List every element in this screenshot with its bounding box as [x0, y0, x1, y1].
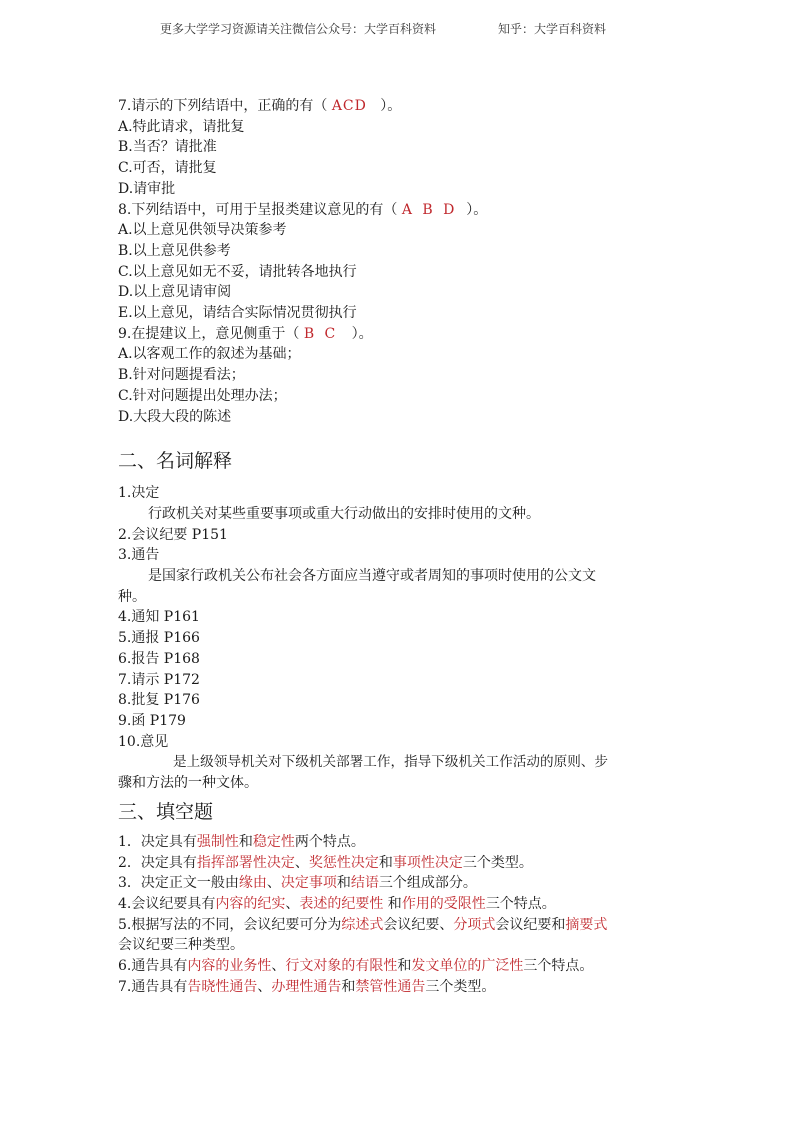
text: 2．决定具有 — [118, 855, 197, 871]
blank-answer: 稳定性 — [253, 834, 295, 850]
section-title-fill-blank: 三、填空题 — [118, 798, 678, 826]
term: 10.意见 — [118, 732, 678, 753]
text: 和 — [239, 834, 253, 850]
option: D.以上意见请审阅 — [118, 282, 678, 303]
blank-answer: 行文对象的有限性 — [285, 958, 397, 974]
option: B.针对问题提看法； — [118, 365, 678, 386]
text: 、 — [295, 855, 309, 871]
text: 5.根据写法的不同，会议纪要可分为 — [118, 917, 341, 933]
blank-answer: 强制性 — [197, 834, 239, 850]
option: A.以上意见供领导决策参考 — [118, 220, 678, 241]
blank-answer: 事项性决定 — [393, 855, 463, 871]
option: A.特此请求，请批复 — [118, 117, 678, 138]
fill-item-3: 3．决定正文一般由缘由、决定事项和结语三个组成部分。 — [118, 873, 678, 894]
option: B.当否？请批准 — [118, 137, 678, 158]
blank-answer: 发文单位的广泛性 — [411, 958, 523, 974]
answer: ACD — [332, 98, 367, 114]
blank-answer: 奖惩性决定 — [309, 855, 379, 871]
term-definition-cont: 种。 — [118, 587, 678, 608]
blank-answer: 内容的业务性 — [187, 958, 271, 974]
option: C.针对问题提出处理办法； — [118, 386, 678, 407]
text: 7.通告具有 — [118, 979, 187, 995]
term-definition: 是上级领导机关对下级机关部署工作，指导下级机关工作活动的原则、步 — [118, 752, 678, 773]
text: 三个特点。 — [486, 896, 556, 912]
fill-item-1: 1．决定具有强制性和稳定性两个特点。 — [118, 832, 678, 853]
term: 8.批复 P176 — [118, 690, 678, 711]
answer: A B D — [402, 202, 458, 218]
question-text: 9.在提建议上，意见侧重于（ — [118, 326, 304, 342]
blank-answer: 摘要式 — [565, 917, 607, 933]
text: 、 — [285, 896, 299, 912]
blank-answer: 综述式 — [341, 917, 383, 933]
question-suffix: ）。 — [457, 202, 487, 218]
fill-item-5: 5.根据写法的不同，会议纪要可分为综述式会议纪要、分项式会议纪要和摘要式 — [118, 915, 678, 936]
text: 和 — [383, 896, 401, 912]
blank-answer: 分项式 — [453, 917, 495, 933]
question-text: 7.请示的下列结语中，正确的有（ — [118, 98, 332, 114]
option: E.以上意见，请结合实际情况贯彻执行 — [118, 303, 678, 324]
term: 6.报告 P168 — [118, 649, 678, 670]
text: 1．决定具有 — [118, 834, 197, 850]
term: 4.通知 P161 — [118, 607, 678, 628]
blank-answer: 指挥部署性决定 — [197, 855, 295, 871]
fill-item-5-cont: 会议纪要三种类型。 — [118, 935, 678, 956]
blank-answer: 办理性通告 — [271, 979, 341, 995]
text: 两个特点。 — [295, 834, 365, 850]
header-zhihu-text: 知乎：大学百科资料 — [498, 20, 606, 37]
term-definition: 行政机关对某些重要事项或重大行动做出的安排时使用的文种。 — [118, 504, 678, 525]
text: 4.会议纪要具有 — [118, 896, 215, 912]
text: 会议纪要和 — [495, 917, 565, 933]
header-wechat-text: 更多大学学习资源请关注微信公众号：大学百科资料 — [160, 20, 436, 37]
term-definition: 是国家行政机关公布社会各方面应当遵守或者周知的事项时使用的公文文 — [118, 566, 678, 587]
blank-answer: 决定事项 — [281, 875, 337, 891]
section-title-terms: 二、名词解释 — [118, 447, 678, 475]
text: 和 — [379, 855, 393, 871]
text: 3．决定正文一般由 — [118, 875, 239, 891]
question-suffix: ）。 — [338, 326, 372, 342]
question-7: 7.请示的下列结语中，正确的有（ ACD ）。 — [118, 96, 678, 117]
blank-answer: 缘由 — [239, 875, 267, 891]
answer: B C — [304, 326, 338, 342]
blank-answer: 结语 — [351, 875, 379, 891]
text: 三个类型。 — [463, 855, 533, 871]
question-suffix: ）。 — [367, 98, 401, 114]
text: 和 — [337, 875, 351, 891]
blank-answer: 作用的受限性 — [402, 896, 486, 912]
document-body: 7.请示的下列结语中，正确的有（ ACD ）。 A.特此请求，请批复 B.当否？… — [118, 96, 678, 997]
blank-answer: 告晓性通告 — [187, 979, 257, 995]
fill-item-2: 2．决定具有指挥部署性决定、奖惩性决定和事项性决定三个类型。 — [118, 853, 678, 874]
text: 、 — [271, 958, 285, 974]
term-definition-cont: 骤和方法的一种文体。 — [118, 773, 678, 794]
text: 、 — [257, 979, 271, 995]
term: 5.通报 P166 — [118, 628, 678, 649]
text: 和 — [397, 958, 411, 974]
blank-answer: 内容的纪实 — [215, 896, 285, 912]
blank-answer: 表述的纪要性 — [299, 896, 383, 912]
option: A.以客观工作的叙述为基础； — [118, 344, 678, 365]
question-text: 8.下列结语中，可用于呈报类建议意见的有（ — [118, 202, 402, 218]
fill-item-6: 6.通告具有内容的业务性、行文对象的有限性和发文单位的广泛性三个特点。 — [118, 956, 678, 977]
text: 会议纪要、 — [383, 917, 453, 933]
text: 和 — [341, 979, 355, 995]
term: 9.函 P179 — [118, 711, 678, 732]
option: D.大段大段的陈述 — [118, 407, 678, 428]
option: C.可否，请批复 — [118, 158, 678, 179]
term: 1.决定 — [118, 483, 678, 504]
text: 6.通告具有 — [118, 958, 187, 974]
option: D.请审批 — [118, 179, 678, 200]
blank-answer: 禁管性通告 — [355, 979, 425, 995]
text: 三个组成部分。 — [379, 875, 477, 891]
term: 3.通告 — [118, 545, 678, 566]
option: C.以上意见如无不妥，请批转各地执行 — [118, 262, 678, 283]
question-9: 9.在提建议上，意见侧重于（ B C ）。 — [118, 324, 678, 345]
fill-item-4: 4.会议纪要具有内容的纪实、表述的纪要性 和作用的受限性三个特点。 — [118, 894, 678, 915]
term: 2.会议纪要 P151 — [118, 525, 678, 546]
option: B.以上意见供参考 — [118, 241, 678, 262]
question-8: 8.下列结语中，可用于呈报类建议意见的有（ A B D ）。 — [118, 200, 678, 221]
text: 三个特点。 — [523, 958, 593, 974]
fill-item-7: 7.通告具有告晓性通告、办理性通告和禁管性通告三个类型。 — [118, 977, 678, 998]
text: 三个类型。 — [425, 979, 495, 995]
term: 7.请示 P172 — [118, 670, 678, 691]
text: 、 — [267, 875, 281, 891]
